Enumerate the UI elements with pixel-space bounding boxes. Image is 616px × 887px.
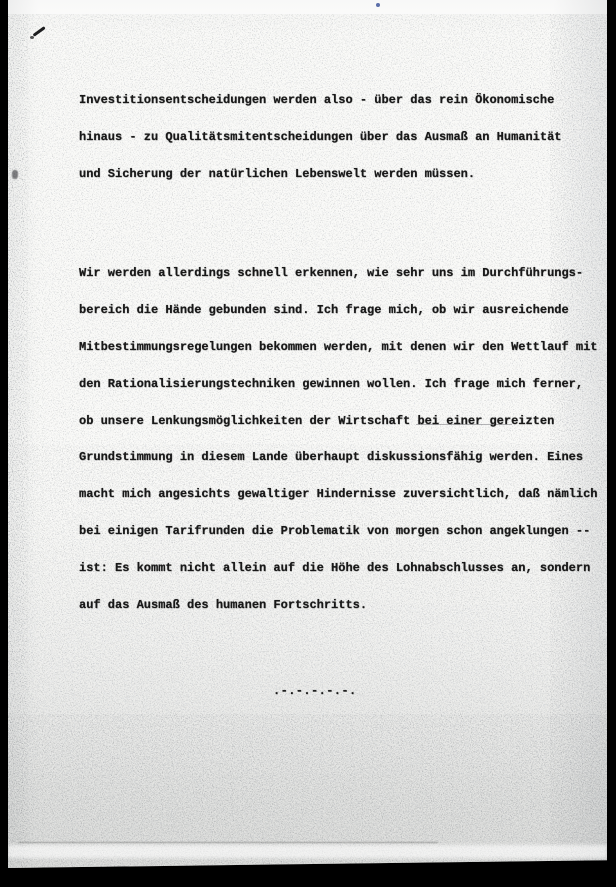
- text-line: Mitbestimmungsregelungen bekommen werden…: [79, 341, 601, 353]
- text-line: bereich die Hände gebunden sind. Ich fra…: [79, 304, 601, 316]
- document-text: Investitionsentscheidungen werden also -…: [79, 45, 601, 722]
- text-line: Grundstimmung in diesem Lande überhaupt …: [79, 451, 601, 463]
- blue-ink-speck: [376, 3, 380, 7]
- paragraph-2: Wir werden allerdings schnell erkennen, …: [79, 242, 601, 636]
- text-line: ob unsere Lenkungsmöglichkeiten der Wirt…: [79, 415, 601, 427]
- pen-mark: [33, 26, 46, 36]
- text-line: auf das Ausmaß des humanen Fortschritts.: [79, 599, 601, 611]
- page-top-margin: [8, 0, 607, 14]
- crease-line: [18, 842, 438, 843]
- text-line: und Sicherung der natürlichen Lebenswelt…: [79, 168, 601, 180]
- edge-smudge: [12, 170, 18, 179]
- text-line: ist: Es kommt nicht allein auf die Höhe …: [79, 562, 601, 574]
- paragraph-1: Investitionsentscheidungen werden also -…: [79, 70, 601, 205]
- text-line: macht mich angesichts gewaltiger Hindern…: [79, 488, 601, 500]
- text-line: den Rationalisierungstechniken gewinnen …: [79, 378, 601, 390]
- text-line: Wir werden allerdings schnell erkennen, …: [79, 267, 601, 279]
- scan-light-band: [8, 845, 607, 858]
- typed-separator: .-.-.-.-.-.: [273, 685, 601, 697]
- text-line: Investitionsentscheidungen werden also -…: [79, 94, 601, 106]
- document-page: Investitionsentscheidungen werden also -…: [8, 0, 607, 868]
- scan-root: { "document": { "paragraphs": [ { "lines…: [0, 0, 616, 887]
- pen-mark-dot: [30, 36, 34, 39]
- text-line: hinaus - zu Qualitätsmitentscheidungen ü…: [79, 131, 601, 143]
- text-line: bei einigen Tarifrunden die Problematik …: [79, 525, 601, 537]
